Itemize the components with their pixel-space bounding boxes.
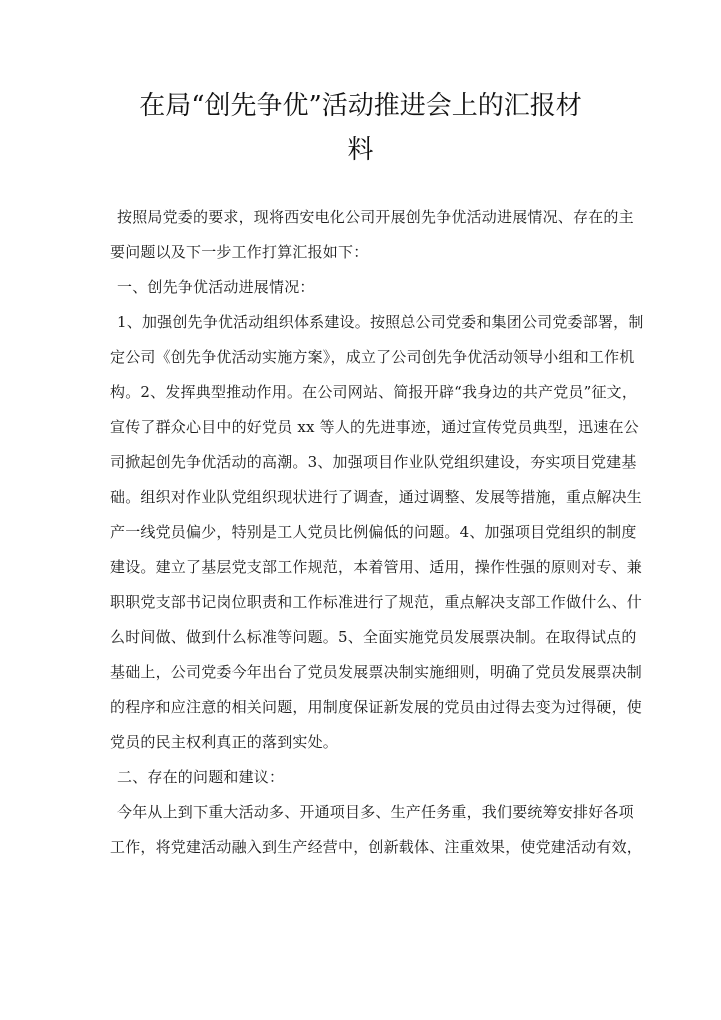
text-line: 建设。建立了基层党支部工作规范，本着管用、适用，操作性强的原则对专、兼 xyxy=(110,555,612,590)
document-title: 在局“创先争优”活动推进会上的汇报材 料 xyxy=(100,84,621,172)
text-line: 工作，将党建活动融入到生产经营中，创新载体、注重效果，使党建活动有效， xyxy=(110,835,612,870)
text-line: 党员的民主权利真正的落到实处。 xyxy=(110,730,612,765)
text-line: 构。2、发挥典型推动作用。在公司网站、简报开辟“我身边的共产党员”征文， xyxy=(110,380,612,415)
text-line: 么时间做、做到什么标准等问题。5、全面实施党员发展票决制。在取得试点的 xyxy=(110,625,612,660)
document-page: 在局“创先争优”活动推进会上的汇报材 料 按照局党委的要求，现将西安电化公司开展… xyxy=(0,0,721,1020)
text-line: 基础上，公司党委今年出台了党员发展票决制实施细则，明确了党员发展票决制 xyxy=(110,660,612,695)
text-line: 要问题以及下一步工作打算汇报如下： xyxy=(110,240,612,275)
text-line: 的程序和应注意的相关问题，用制度保证新发展的党员由过得去变为过得硬，使 xyxy=(110,695,612,730)
text-line: 础。组织对作业队党组织现状进行了调查，通过调整、发展等措施，重点解决生 xyxy=(110,485,612,520)
text-line: 一、创先争优活动进展情况： xyxy=(110,275,612,310)
title-line-2: 料 xyxy=(100,128,621,172)
text-line: 今年从上到下重大活动多、开通项目多、生产任务重，我们要统筹安排好各项 xyxy=(110,800,612,835)
text-line: 职职党支部书记岗位职责和工作标准进行了规范，重点解决支部工作做什么、什 xyxy=(110,590,612,625)
text-line: 二、存在的问题和建议： xyxy=(110,765,612,800)
document-body: 按照局党委的要求，现将西安电化公司开展创先争优活动进展情况、存在的主要问题以及下… xyxy=(110,205,612,870)
text-line: 宣传了群众心目中的好党员 xx 等人的先进事迹，通过宣传党员典型，迅速在公 xyxy=(110,415,612,450)
text-line: 定公司《创先争优活动实施方案》，成立了公司创先争优活动领导小组和工作机 xyxy=(110,345,612,380)
text-line: 按照局党委的要求，现将西安电化公司开展创先争优活动进展情况、存在的主 xyxy=(110,205,612,240)
title-line-1: 在局“创先争优”活动推进会上的汇报材 xyxy=(100,84,621,128)
text-line: 司掀起创先争优活动的高潮。3、加强项目作业队党组织建设，夯实项目党建基 xyxy=(110,450,612,485)
text-line: 产一线党员偏少，特别是工人党员比例偏低的问题。4、加强项目党组织的制度 xyxy=(110,520,612,555)
text-line: 1、加强创先争优活动组织体系建设。按照总公司党委和集团公司党委部署，制 xyxy=(110,310,612,345)
